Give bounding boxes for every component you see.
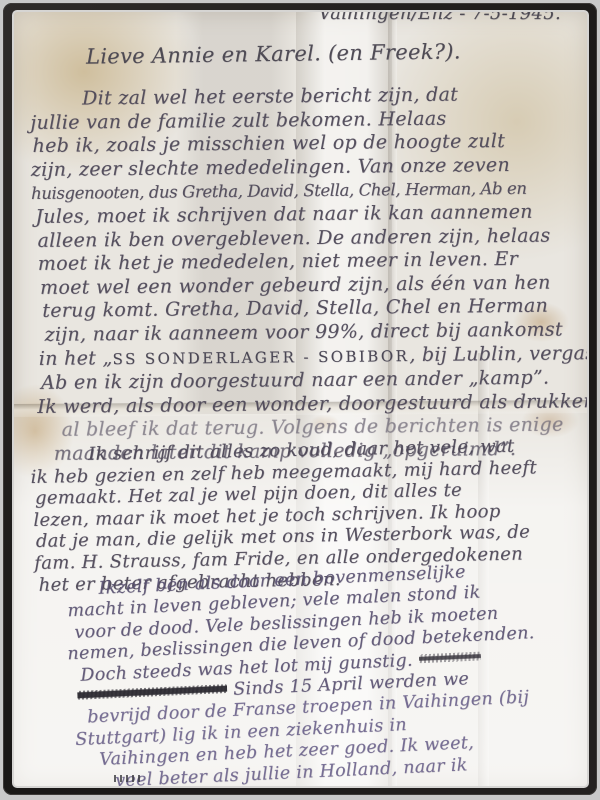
letter-line-text: , bij Lublin, vergast [409, 342, 587, 366]
letter-paper: Vaihingen/Enz - 7-5-1945. Lieve Annie en… [14, 12, 587, 786]
crossed-out-text [418, 651, 480, 663]
photo-of-letter: Vaihingen/Enz - 7-5-1945. Lieve Annie en… [0, 0, 600, 800]
ink-marks [114, 775, 142, 782]
place-date-text: Vaihingen/Enz - 7-5-1945. [319, 12, 561, 24]
paragraph-1: Dit zal wel het eerste bericht zijn, dat… [30, 82, 587, 466]
letter-line-text: in het „ [39, 347, 113, 370]
camp-name-text: SS SONDERLAGER - SOBIBOR [113, 347, 410, 368]
paragraph-3: Ikzelf ben als door een bovenmenselijke … [26, 559, 541, 786]
salutation-text: Lieve Annie en Karel. (en Freek?). [86, 39, 461, 68]
crossed-out-text [77, 684, 227, 700]
